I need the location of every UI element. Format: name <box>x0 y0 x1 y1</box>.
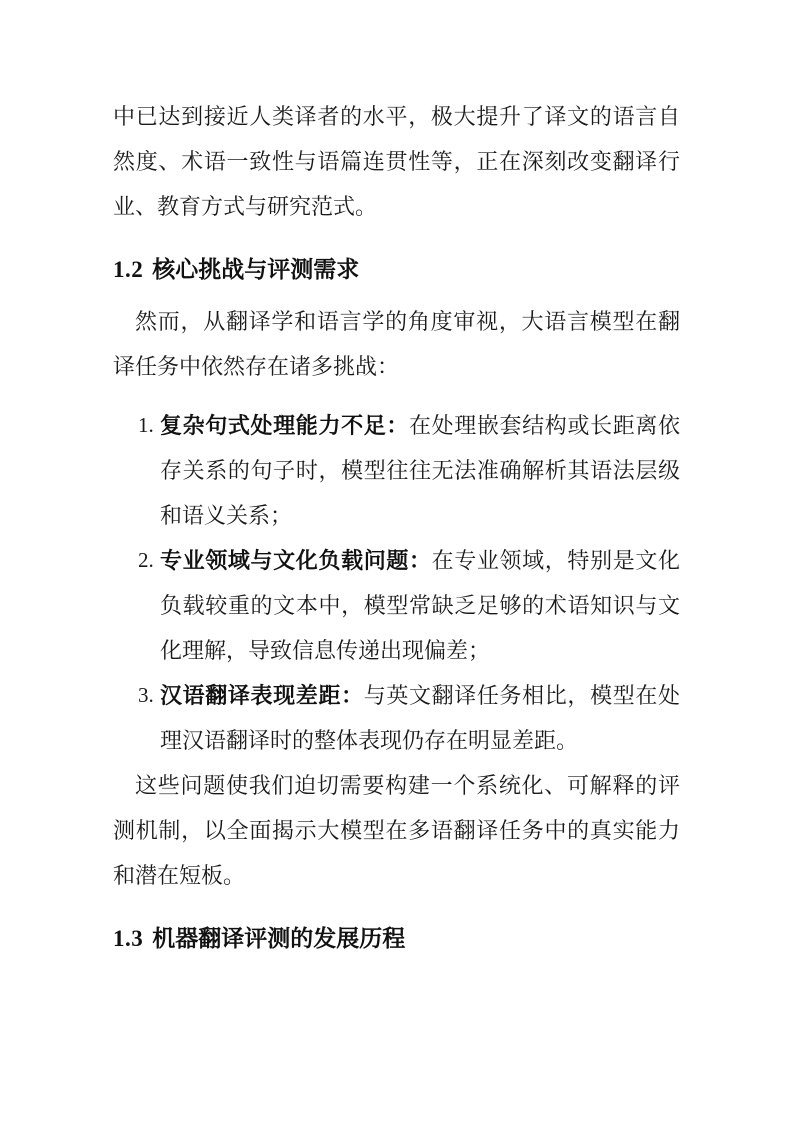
section-heading-1-3: 1.3机器翻译评测的发展历程 <box>113 916 680 961</box>
list-item-number: 2. <box>138 538 154 583</box>
list-item-1: 1.复杂句式处理能力不足：在处理嵌套结构或长距离依存关系的句子时，模型往往无法准… <box>113 403 680 538</box>
section-heading-1-2: 1.2核心挑战与评测需求 <box>113 247 680 292</box>
section-title: 核心挑战与评测需求 <box>152 257 359 282</box>
paragraph-continuation: 中已达到接近人类译者的水平，极大提升了译文的语言自然度、术语一致性与语篇连贯性等… <box>113 94 680 229</box>
section-number: 1.3 <box>113 926 143 951</box>
paragraph-conclusion: 这些问题使我们迫切需要构建一个系统化、可解释的评测机制，以全面揭示大模型在多语翻… <box>113 763 680 898</box>
list-item-term: 专业领域与文化负载问题： <box>160 548 432 573</box>
list-item-3: 3.汉语翻译表现差距：与英文翻译任务相比，模型在处理汉语翻译时的整体表现仍存在明… <box>113 673 680 763</box>
paragraph-intro: 然而，从翻译学和语言学的角度审视，大语言模型在翻译任务中依然存在诸多挑战： <box>113 299 680 389</box>
section-title: 机器翻译评测的发展历程 <box>152 926 405 951</box>
list-item-number: 1. <box>138 403 154 448</box>
section-number: 1.2 <box>113 257 143 282</box>
list-item-number: 3. <box>138 673 154 718</box>
list-item-term: 汉语翻译表现差距： <box>160 683 364 708</box>
list-item-term: 复杂句式处理能力不足： <box>160 413 409 438</box>
challenge-list: 1.复杂句式处理能力不足：在处理嵌套结构或长距离依存关系的句子时，模型往往无法准… <box>113 403 680 763</box>
document-page: 中已达到接近人类译者的水平，极大提升了译文的语言自然度、术语一致性与语篇连贯性等… <box>0 0 793 1122</box>
list-item-2: 2.专业领域与文化负载问题：在专业领域，特别是文化负载较重的文本中，模型常缺乏足… <box>113 538 680 673</box>
